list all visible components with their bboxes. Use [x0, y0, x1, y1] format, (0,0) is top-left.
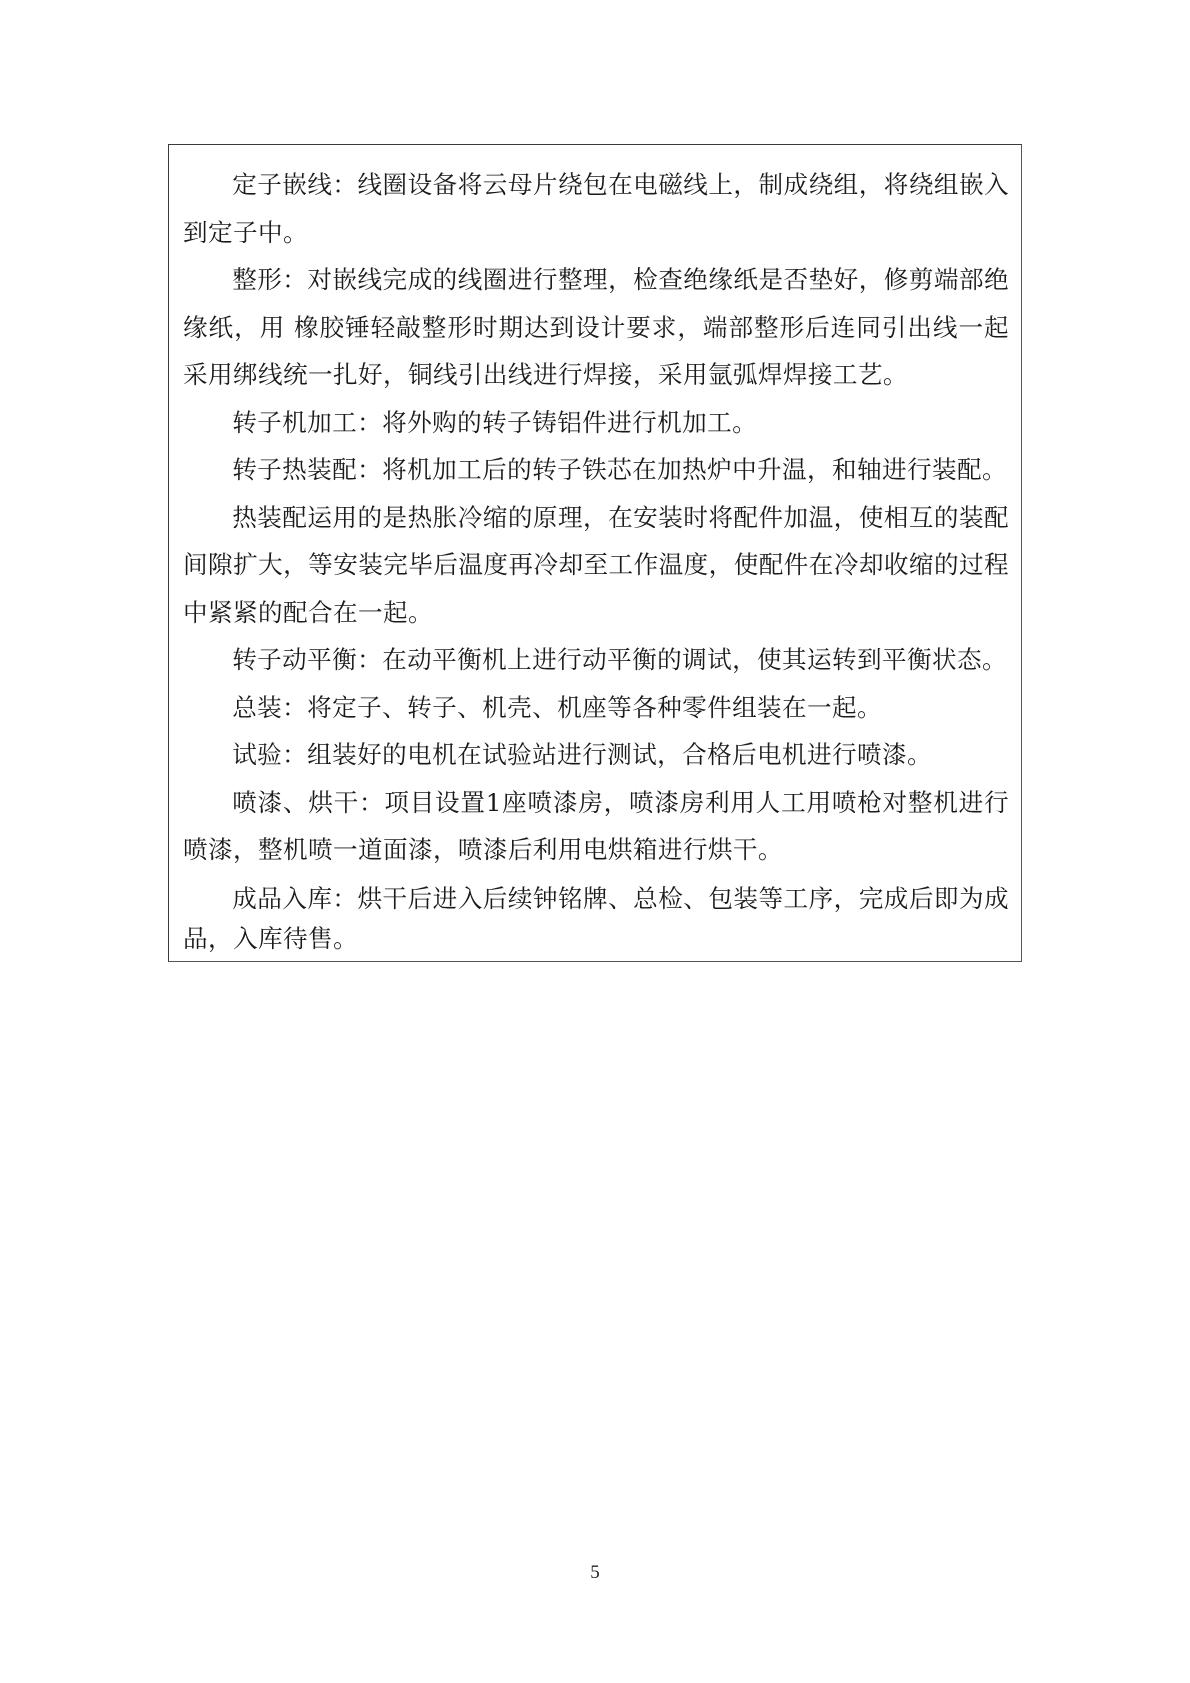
paragraph-stator-winding: 定子嵌线：线圈设备将云母片绕包在电磁线上，制成绕组，将绕组嵌入到定子中。 — [183, 161, 1009, 256]
page-number: 5 — [0, 1560, 1190, 1586]
paragraph-shaping: 整形：对嵌线完成的线圈进行整理，检查绝缘纸是否垫好，修剪端部绝缘纸，用 橡胶锤轻… — [183, 256, 1009, 399]
paragraph-painting-drying: 喷漆、烘干：项目设置1座喷漆房，喷漆房利用人工用喷枪对整机进行喷漆，整机喷一道面… — [183, 779, 1009, 874]
paragraph-rotor-dynamic-balance: 转子动平衡：在动平衡机上进行动平衡的调试，使其运转到平衡状态。 — [183, 636, 1009, 684]
paragraph-warehousing: 成品入库：烘干后进入后续钟铭牌、总检、包装等工序，完成后即为成品，入库待售。 — [183, 879, 1009, 959]
document-page: 定子嵌线：线圈设备将云母片绕包在电磁线上，制成绕组，将绕组嵌入到定子中。 整形：… — [0, 0, 1190, 1683]
paragraph-rotor-heat-assembly: 转子热装配：将机加工后的转子铁芯在加热炉中升温，和轴进行装配。 — [183, 446, 1009, 494]
paragraph-final-assembly: 总装：将定子、转子、机壳、机座等各种零件组装在一起。 — [183, 684, 1009, 732]
paragraph-rotor-machining: 转子机加工：将外购的转子铸铝件进行机加工。 — [183, 399, 1009, 447]
process-description-table-cell: 定子嵌线：线圈设备将云母片绕包在电磁线上，制成绕组，将绕组嵌入到定子中。 整形：… — [168, 144, 1022, 962]
paragraph-heat-assembly-principle: 热装配运用的是热胀冷缩的原理，在安装时将配件加温，使相互的装配间隙扩大，等安装完… — [183, 494, 1009, 637]
paragraph-testing: 试验：组装好的电机在试验站进行测试，合格后电机进行喷漆。 — [183, 731, 1009, 779]
